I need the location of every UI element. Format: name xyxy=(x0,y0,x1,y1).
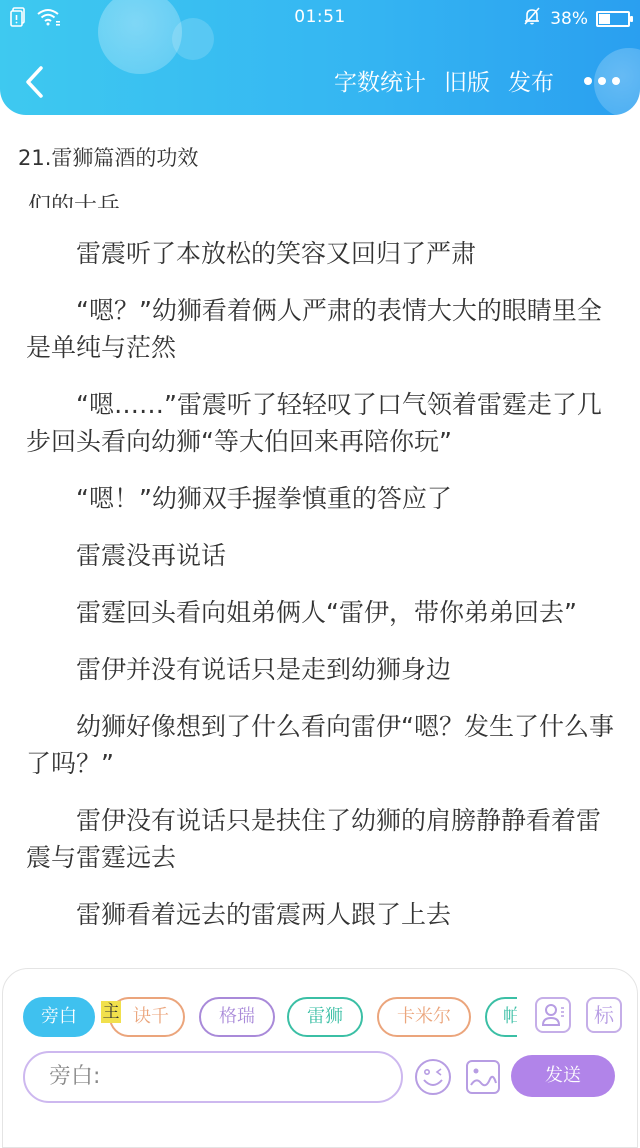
character-chip-narrator[interactable]: 旁白 xyxy=(23,997,95,1037)
message-composer: 旁白 主 诀千 格瑞 雷狮 卡米尔 帕 标 旁白: 发送 xyxy=(2,968,638,1138)
status-bar: 01:51 38% xyxy=(0,0,640,36)
role-manage-button[interactable] xyxy=(535,997,571,1033)
chevron-left-icon xyxy=(18,62,58,102)
navbar: 字数统计 旧版 发布 xyxy=(0,50,640,114)
battery-icon xyxy=(596,11,630,27)
story-content[interactable]: 雷震听了本放松的笑容又回归了严肃 “嗯？”幼狮看着俩人严肃的表情大大的眼睛里全是… xyxy=(26,235,616,953)
old-version-button[interactable]: 旧版 xyxy=(444,64,490,97)
more-dot xyxy=(598,77,606,85)
more-dots-icon xyxy=(584,77,592,85)
paragraph: “嗯！”幼狮双手握拳慎重的答应了 xyxy=(26,480,616,517)
character-chip-gerui[interactable]: 格瑞 xyxy=(199,997,275,1037)
character-chip-list[interactable]: 旁白 主 诀千 格瑞 雷狮 卡米尔 帕 xyxy=(23,997,517,1039)
more-dot xyxy=(612,77,620,85)
partial-text-line: 们的士兵…… xyxy=(28,184,166,208)
paragraph: “嗯？”幼狮看着俩人严肃的表情大大的眼睛里全是单纯与茫然 xyxy=(26,292,616,366)
more-button[interactable] xyxy=(584,66,620,96)
paragraph: 幼狮好像想到了什么看向雷伊“嗯？发生了什么事了吗？” xyxy=(26,708,616,782)
send-button[interactable]: 发送 xyxy=(511,1055,615,1097)
person-card-icon xyxy=(537,999,569,1031)
emoji-button[interactable] xyxy=(413,1057,453,1097)
mute-bell-icon xyxy=(522,6,542,31)
app-header: 01:51 38% 字数统计 旧版 发布 xyxy=(0,0,640,115)
message-input[interactable]: 旁白: xyxy=(23,1051,403,1103)
paragraph: 雷震没再说话 xyxy=(26,537,616,574)
chapter-title: 21.雷狮篇酒的功效 xyxy=(18,142,198,172)
character-chip-kamier[interactable]: 卡米尔 xyxy=(377,997,471,1037)
main-character-badge: 主 xyxy=(101,1001,121,1023)
paragraph: 雷霆回头看向姐弟俩人“雷伊，带你弟弟回去” xyxy=(26,594,616,631)
battery-percent: 38% xyxy=(550,9,588,29)
paragraph: “嗯……”雷震听了轻轻叹了口气领着雷霆走了几步回头看向幼狮“等大伯回来再陪你玩” xyxy=(26,386,616,460)
wink-emoji-icon xyxy=(413,1057,453,1097)
publish-button[interactable]: 发布 xyxy=(508,64,554,97)
paragraph: 雷伊并没有说话只是走到幼狮身边 xyxy=(26,651,616,688)
back-button[interactable] xyxy=(18,62,58,102)
tag-button[interactable]: 标 xyxy=(586,997,622,1033)
character-chip-leishi[interactable]: 雷狮 xyxy=(287,997,363,1037)
paragraph: 雷震听了本放松的笑容又回归了严肃 xyxy=(26,235,616,272)
image-icon xyxy=(463,1057,503,1097)
character-chip-pa[interactable]: 帕 xyxy=(485,997,517,1037)
paragraph: 雷狮看着远去的雷震两人跟了上去 xyxy=(26,896,616,933)
image-button[interactable] xyxy=(463,1057,503,1097)
word-count-button[interactable]: 字数统计 xyxy=(334,64,426,97)
paragraph: 雷伊没有说话只是扶住了幼狮的肩膀静静看着雷震与雷霆远去 xyxy=(26,802,616,876)
